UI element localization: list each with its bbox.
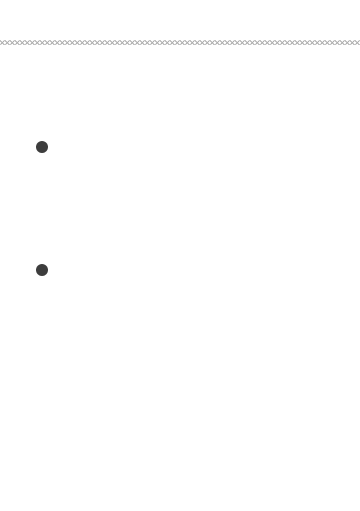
entry-4-title [36,264,66,276]
header-divider [0,40,360,45]
entry-number-badge [36,264,48,276]
entry-number-badge [36,141,48,153]
entry-3-title [36,141,66,153]
page-header [0,24,360,38]
